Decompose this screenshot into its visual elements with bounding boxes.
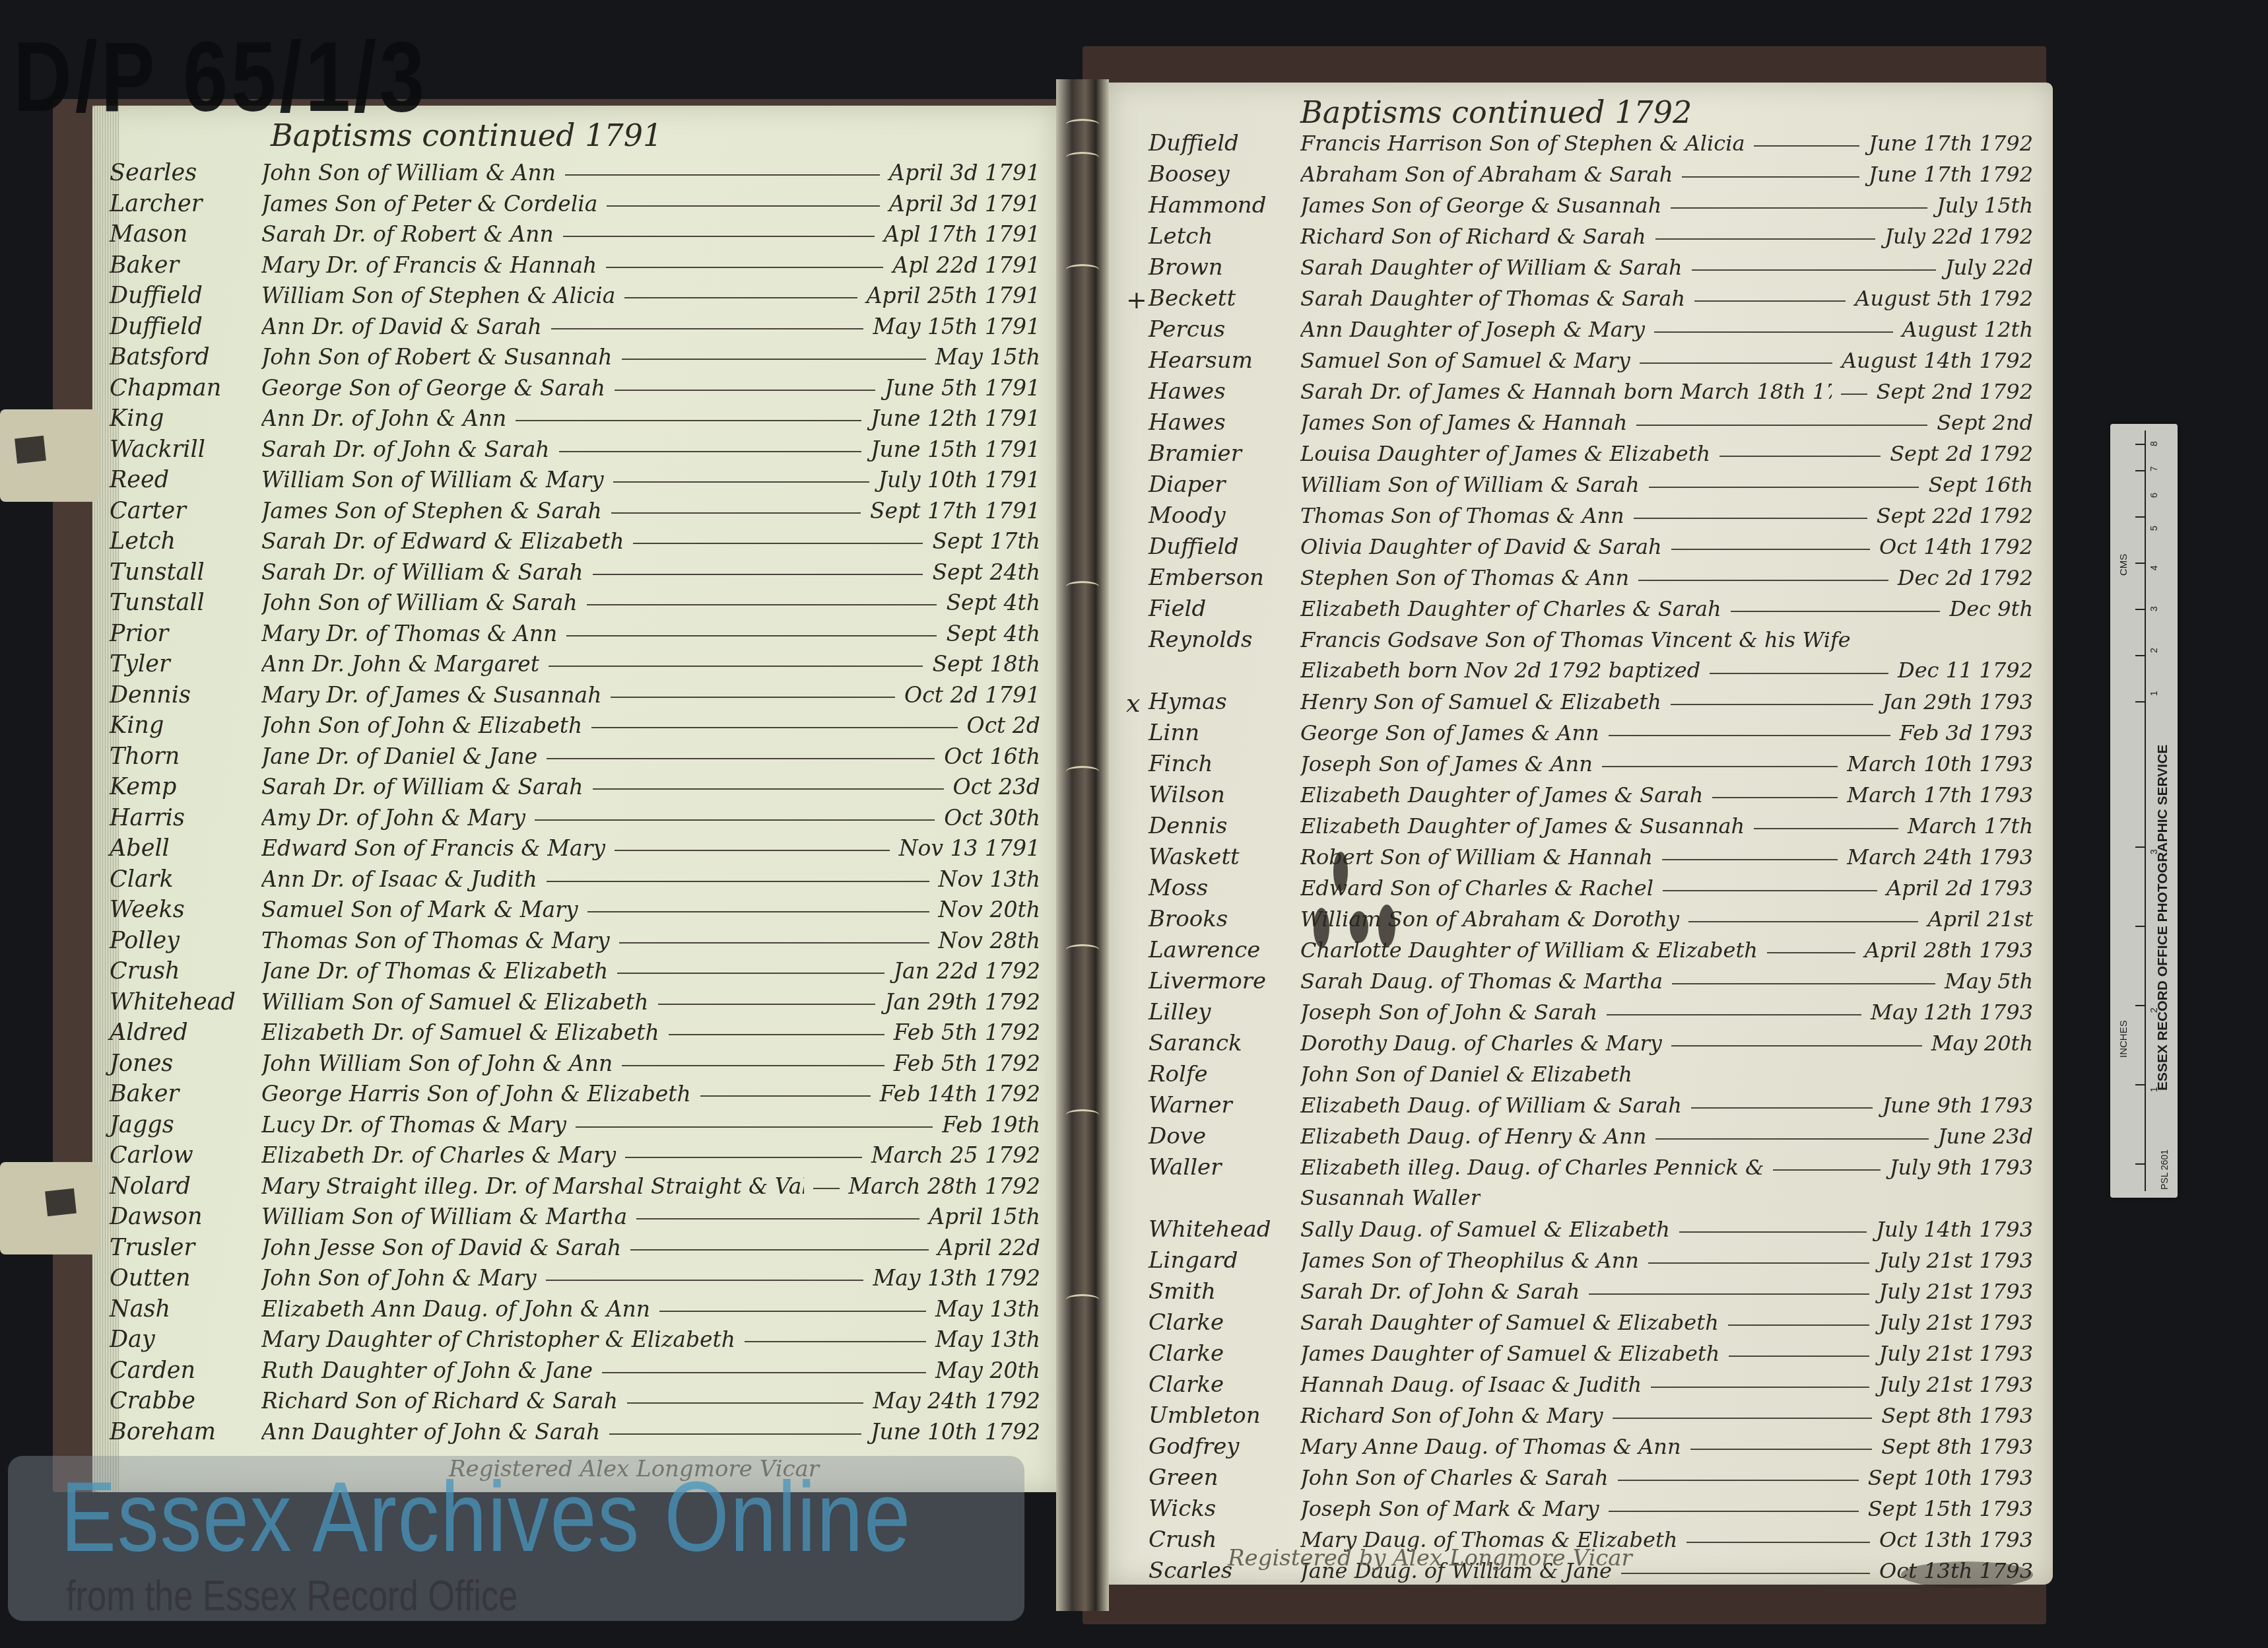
entry-surname: King bbox=[110, 405, 261, 432]
entry-detail: John Son of Robert & Susannah bbox=[261, 344, 613, 370]
left-page-signature: Registered Alex Longmore Vicar bbox=[449, 1456, 819, 1482]
entry-surname: Batsford bbox=[110, 344, 261, 370]
entry-leader-line bbox=[658, 1004, 876, 1005]
entry-date: Sept 2nd bbox=[1937, 410, 2033, 435]
left-page-heading: Baptisms continued 1791 bbox=[271, 118, 662, 153]
entry-date: June 17th 1792 bbox=[1869, 162, 2033, 187]
entry-detail: Mary Anne Daug. of Thomas & Ann bbox=[1300, 1434, 1681, 1459]
entry-detail: Sarah Dr. of John & Sarah bbox=[261, 436, 550, 462]
entry-detail: William Son of William & Mary bbox=[261, 467, 604, 493]
entry-date: Apl 22d 1791 bbox=[892, 252, 1040, 278]
entry-surname: Moss bbox=[1149, 875, 1300, 901]
entry-detail: Richard Son of Richard & Sarah bbox=[1300, 224, 1646, 249]
entry-surname: Thorn bbox=[110, 743, 261, 770]
entry-surname: Weeks bbox=[110, 897, 261, 923]
ink-smudge bbox=[1901, 1562, 2033, 1588]
register-entry: KempSarah Dr. of William & SarahOct 23d bbox=[110, 774, 1040, 805]
entry-leader-line bbox=[1636, 425, 1927, 426]
entry-leader-line bbox=[613, 481, 869, 483]
entry-detail: James Son of James & Hannah bbox=[1300, 410, 1627, 435]
entry-surname: Dennis bbox=[110, 682, 261, 708]
left-page: Baptisms continued 1791 SearlesJohn Son … bbox=[92, 106, 1056, 1492]
register-entry: WicksJoseph Son of Mark & MarySept 15th … bbox=[1149, 1495, 2033, 1527]
entry-date: Dec 2d 1792 bbox=[1898, 565, 2033, 590]
entry-leader-line bbox=[615, 850, 890, 851]
entry-detail: Samuel Son of Mark & Mary bbox=[261, 897, 578, 922]
entry-leader-line bbox=[1618, 1480, 1859, 1481]
ruler-cm-label: 4 bbox=[2149, 565, 2159, 570]
entry-detail: Ann Dr. of David & Sarah bbox=[261, 314, 542, 339]
entry-leader-line bbox=[587, 911, 929, 912]
entry-leader-line bbox=[1651, 1387, 1869, 1388]
entry-detail: Louisa Daughter of James & Elizabeth bbox=[1300, 441, 1710, 466]
entry-leader-line bbox=[1729, 1356, 1869, 1357]
entry-date: Feb 19th bbox=[942, 1112, 1040, 1138]
entry-surname: Tyler bbox=[110, 651, 261, 677]
entry-date: Sept 22d 1792 bbox=[1877, 503, 2033, 528]
entry-detail: Robert Son of William & Hannah bbox=[1300, 844, 1653, 870]
register-entry: WeeksSamuel Son of Mark & MaryNov 20th bbox=[110, 897, 1040, 928]
entry-date: Oct 16th bbox=[944, 743, 1040, 769]
entry-date: Sept 17th bbox=[932, 528, 1040, 554]
entry-surname: Whitehead bbox=[1149, 1216, 1300, 1243]
entry-detail: Francis Godsave Son of Thomas Vincent & … bbox=[1300, 627, 1851, 652]
entry-date: Sept 2d 1792 bbox=[1890, 441, 2033, 466]
entry-leader-line bbox=[622, 359, 926, 360]
entry-leader-line bbox=[1662, 859, 1838, 860]
ruler-tick bbox=[2135, 516, 2145, 518]
entry-date: April 15th bbox=[929, 1204, 1040, 1229]
right-page-heading: Baptisms continued 1792 bbox=[1300, 94, 1692, 130]
entry-detail: Ann Dr. John & Margaret bbox=[261, 651, 539, 677]
entry-detail: Joseph Son of James & Ann bbox=[1300, 751, 1593, 776]
entry-surname: Waskett bbox=[1149, 844, 1300, 870]
entry-leader-line bbox=[1648, 1262, 1870, 1264]
entry-surname: Brooks bbox=[1149, 906, 1300, 932]
entry-detail: Mary Daughter of Christopher & Elizabeth bbox=[261, 1326, 735, 1352]
entry-date: August 12th bbox=[1902, 317, 2033, 342]
register-entry: Susannah Waller bbox=[1149, 1185, 2033, 1216]
ruler-cm-label: 2 bbox=[2149, 648, 2159, 653]
entry-surname: Livermore bbox=[1149, 968, 1300, 994]
entry-date: Oct 23d bbox=[953, 774, 1040, 800]
register-entry: DennisElizabeth Daughter of James & Susa… bbox=[1149, 813, 2033, 844]
entry-date: Oct 14th 1792 bbox=[1879, 534, 2033, 559]
entry-surname: Tunstall bbox=[110, 590, 261, 616]
entry-date: Oct 13th 1793 bbox=[1879, 1527, 2033, 1552]
entry-date: August 5th 1792 bbox=[1855, 286, 2033, 311]
margin-marker: + bbox=[1126, 285, 1147, 314]
entry-date: July 9th 1793 bbox=[1890, 1155, 2033, 1180]
entry-detail: Sarah Dr. of Edward & Elizabeth bbox=[261, 528, 624, 554]
register-entry: xHymasHenry Son of Samuel & ElizabethJan… bbox=[1149, 689, 2033, 720]
register-entry: AbellEdward Son of Francis & MaryNov 13 … bbox=[110, 835, 1040, 866]
entry-detail: Ann Daughter of John & Sarah bbox=[261, 1419, 600, 1445]
entry-date: July 10th 1791 bbox=[879, 467, 1040, 493]
entry-date: June 10th 1792 bbox=[871, 1419, 1040, 1445]
ruler-scale-line bbox=[2145, 430, 2146, 1191]
entry-surname: Rolfe bbox=[1149, 1061, 1300, 1087]
register-entry: WhiteheadWilliam Son of Samuel & Elizabe… bbox=[110, 989, 1040, 1020]
entry-detail: Mary Dr. of James & Susannah bbox=[261, 682, 601, 708]
entry-detail: Elizabeth Daughter of James & Susannah bbox=[1300, 813, 1745, 839]
entry-surname: Lilley bbox=[1149, 999, 1300, 1025]
entry-surname: Clarke bbox=[1149, 1340, 1300, 1367]
entry-surname: Baker bbox=[110, 1081, 261, 1107]
entry-date: Jan 29th 1793 bbox=[1883, 689, 2033, 714]
entry-date: Feb 14th 1792 bbox=[880, 1081, 1040, 1107]
entry-detail: Mary Dr. of Francis & Hannah bbox=[261, 252, 597, 278]
register-entry: FinchJoseph Son of James & AnnMarch 10th… bbox=[1149, 751, 2033, 782]
entry-date: April 28th 1793 bbox=[1865, 938, 2033, 963]
register-entry: BakerMary Dr. of Francis & HannahApl 22d… bbox=[110, 252, 1040, 283]
entry-date: June 5th 1791 bbox=[884, 375, 1040, 401]
entry-surname: Saranck bbox=[1149, 1030, 1300, 1056]
register-entry: ThornJane Dr. of Daniel & JaneOct 16th bbox=[110, 743, 1040, 774]
entry-detail: Ann Daughter of Joseph & Mary bbox=[1300, 317, 1645, 342]
entry-surname: Smith bbox=[1149, 1278, 1300, 1305]
entry-leader-line bbox=[659, 1311, 926, 1312]
entry-date: March 17th bbox=[1908, 813, 2033, 839]
entry-leader-line bbox=[1731, 611, 1941, 612]
entry-detail: William Son of Stephen & Alicia bbox=[261, 283, 615, 308]
entry-date: Sept 10th 1793 bbox=[1868, 1465, 2033, 1490]
ink-blot bbox=[1350, 911, 1368, 943]
entry-date: Sept 24th bbox=[932, 559, 1040, 585]
entry-leader-line bbox=[1688, 921, 1919, 922]
ruler-tick bbox=[2135, 609, 2145, 610]
book-clasp-lower bbox=[0, 1162, 99, 1254]
register-entry: BramierLouisa Daughter of James & Elizab… bbox=[1149, 440, 2033, 471]
register-entry: ClarkAnn Dr. of Isaac & JudithNov 13th bbox=[110, 866, 1040, 897]
entry-date: March 28th 1792 bbox=[849, 1173, 1040, 1199]
entry-surname: Carden bbox=[110, 1357, 261, 1384]
register-entry: LetchSarah Dr. of Edward & ElizabethSept… bbox=[110, 528, 1040, 559]
register-entry: SmithSarah Dr. of John & SarahJuly 21st … bbox=[1149, 1278, 2033, 1309]
register-entry: WhiteheadSally Daug. of Samuel & Elizabe… bbox=[1149, 1216, 2033, 1247]
entry-date: April 3d 1791 bbox=[889, 191, 1040, 217]
entry-detail: Sarah Daug. of Thomas & Martha bbox=[1300, 969, 1663, 994]
register-entry: ReynoldsFrancis Godsave Son of Thomas Vi… bbox=[1149, 627, 2033, 658]
entry-surname: Searles bbox=[110, 160, 261, 186]
entry-surname: Polley bbox=[110, 928, 261, 954]
entry-detail: Jane Dr. of Daniel & Jane bbox=[261, 743, 537, 769]
entry-date: May 20th bbox=[935, 1357, 1040, 1383]
register-entry: DawsonWilliam Son of William & MarthaApr… bbox=[110, 1204, 1040, 1235]
entry-surname: Clarke bbox=[1149, 1371, 1300, 1398]
register-entry: GodfreyMary Anne Daug. of Thomas & AnnSe… bbox=[1149, 1433, 2033, 1464]
entry-leader-line bbox=[516, 420, 861, 421]
entry-date: Dec 11 1792 bbox=[1898, 658, 2033, 683]
entry-date: Apl 17th 1791 bbox=[884, 221, 1040, 247]
entry-leader-line bbox=[1649, 487, 1919, 488]
entry-surname: Lingard bbox=[1149, 1247, 1300, 1274]
entry-date: May 12th 1793 bbox=[1871, 1000, 2033, 1025]
entry-surname: Duffield bbox=[1149, 533, 1300, 560]
binding-stitch-icon bbox=[1066, 766, 1099, 777]
left-page-entries: SearlesJohn Son of William & AnnApril 3d… bbox=[110, 160, 1040, 1449]
entry-leader-line bbox=[1841, 394, 1867, 395]
entry-surname: Jones bbox=[110, 1050, 261, 1077]
entry-detail: Thomas Son of Thomas & Ann bbox=[1300, 503, 1624, 528]
entry-date: April 25th 1791 bbox=[867, 283, 1040, 308]
entry-leader-line bbox=[745, 1341, 926, 1342]
ruler-tick bbox=[2135, 444, 2145, 445]
register-entry: MasonSarah Dr. of Robert & AnnApl 17th 1… bbox=[110, 221, 1040, 252]
right-page-signature: Registered by Alex Longmore Vicar bbox=[1228, 1545, 1632, 1571]
entry-date: Sept 2nd 1792 bbox=[1877, 379, 2033, 404]
entry-detail: John Jesse Son of David & Sarah bbox=[261, 1235, 621, 1260]
entry-leader-line bbox=[813, 1188, 840, 1189]
entry-surname: Nash bbox=[110, 1296, 261, 1322]
entry-leader-line bbox=[1682, 176, 1859, 178]
entry-date: Nov 28th bbox=[939, 928, 1040, 953]
entry-detail: Sally Daug. of Samuel & Elizabeth bbox=[1300, 1217, 1670, 1242]
entry-detail: Elizabeth Daug. of William & Sarah bbox=[1300, 1093, 1682, 1118]
entry-leader-line bbox=[1767, 952, 1855, 953]
entry-date: July 14th 1793 bbox=[1876, 1217, 2033, 1242]
entry-leader-line bbox=[622, 1065, 884, 1066]
entry-surname: Hammond bbox=[1149, 192, 1300, 219]
entry-detail: Joseph Son of John & Sarah bbox=[1300, 1000, 1597, 1025]
entry-date: May 13th bbox=[935, 1326, 1040, 1352]
entry-detail: Sarah Dr. of Robert & Ann bbox=[261, 221, 554, 247]
entry-surname: Hawes bbox=[1149, 409, 1300, 436]
ruler-tick bbox=[2135, 926, 2145, 927]
register-entry: ChapmanGeorge Son of George & SarahJune … bbox=[110, 375, 1040, 406]
entry-detail: Elizabeth Daug. of Henry & Ann bbox=[1300, 1124, 1646, 1149]
entry-leader-line bbox=[1613, 1418, 1873, 1419]
margin-marker: x bbox=[1126, 689, 1140, 718]
entry-date: Feb 5th 1792 bbox=[894, 1019, 1040, 1045]
entry-surname: Clarke bbox=[1149, 1309, 1300, 1336]
entry-surname: Waller bbox=[1149, 1154, 1300, 1181]
entry-leader-line bbox=[625, 1157, 862, 1158]
entry-detail: Elizabeth Dr. of Charles & Mary bbox=[261, 1142, 616, 1168]
entry-detail: Olivia Daughter of David & Sarah bbox=[1300, 534, 1662, 559]
entry-leader-line bbox=[1694, 300, 1846, 302]
entry-date: March 17th 1793 bbox=[1847, 782, 2033, 807]
entry-date: Sept 17th 1791 bbox=[870, 498, 1040, 524]
entry-leader-line bbox=[611, 512, 861, 514]
entry-leader-line bbox=[602, 1372, 926, 1373]
entry-leader-line bbox=[1754, 145, 1859, 147]
entry-date: Nov 20th bbox=[939, 897, 1040, 922]
register-entry: TunstallSarah Dr. of William & SarahSept… bbox=[110, 559, 1040, 590]
entry-surname: Clark bbox=[110, 866, 261, 893]
entry-surname: Reed bbox=[110, 467, 261, 493]
entry-date: Nov 13th bbox=[939, 866, 1040, 892]
register-entry: BrownSarah Daughter of William & SarahJu… bbox=[1149, 254, 2033, 285]
entry-detail: John Son of William & Sarah bbox=[261, 590, 578, 615]
entry-leader-line bbox=[593, 574, 923, 575]
ruler-cm-label: 7 bbox=[2149, 466, 2159, 471]
register-entry: KingAnn Dr. of John & AnnJune 12th 1791 bbox=[110, 405, 1040, 436]
ruler-cm-label: 3 bbox=[2149, 606, 2159, 611]
register-entry: PolleyThomas Son of Thomas & MaryNov 28t… bbox=[110, 928, 1040, 959]
entry-detail: Francis Harrison Son of Stephen & Alicia bbox=[1300, 131, 1745, 156]
entry-date: May 20th bbox=[1931, 1031, 2033, 1056]
entry-surname: Duffield bbox=[110, 314, 261, 340]
register-entry: TruslerJohn Jesse Son of David & SarahAp… bbox=[110, 1235, 1040, 1266]
entry-date: July 15th bbox=[1937, 193, 2033, 218]
entry-surname: Finch bbox=[1149, 751, 1300, 777]
entry-leader-line bbox=[669, 1034, 884, 1035]
entry-date: July 22d bbox=[1945, 255, 2033, 280]
entry-detail: William Son of Samuel & Elizabeth bbox=[261, 989, 649, 1015]
scale-ruler: 1 2 3 1 2 3 4 5 6 7 8 INCHES CMS ESSEX R… bbox=[2110, 424, 2178, 1198]
entry-date: Oct 2d 1791 bbox=[904, 682, 1040, 708]
entry-date: July 21st 1793 bbox=[1879, 1341, 2033, 1366]
entry-leader-line bbox=[1663, 890, 1877, 891]
entry-surname: Hearsum bbox=[1149, 347, 1300, 374]
entry-surname: Dennis bbox=[1149, 813, 1300, 839]
entry-leader-line bbox=[1607, 1014, 1861, 1015]
ruler-inches-label: INCHES bbox=[2118, 1020, 2129, 1058]
register-entry: PriorMary Dr. of Thomas & AnnSept 4th bbox=[110, 621, 1040, 652]
entry-date: July 21st 1793 bbox=[1879, 1279, 2033, 1304]
entry-date: May 24th 1792 bbox=[873, 1388, 1040, 1414]
register-entry: LinnGeorge Son of James & AnnFeb 3d 1793 bbox=[1149, 720, 2033, 751]
entry-detail: Edward Son of Charles & Rachel bbox=[1300, 875, 1653, 901]
entry-surname: Kemp bbox=[110, 774, 261, 800]
entry-date: May 13th 1792 bbox=[873, 1265, 1040, 1291]
register-entry: CarlowElizabeth Dr. of Charles & MaryMar… bbox=[110, 1142, 1040, 1173]
entry-surname: Linn bbox=[1149, 720, 1300, 746]
entry-detail: John Son of Charles & Sarah bbox=[1300, 1465, 1609, 1490]
entry-detail: Elizabeth illeg. Daug. of Charles Pennic… bbox=[1300, 1155, 1764, 1180]
register-entry: DennisMary Dr. of James & SusannahOct 2d… bbox=[110, 682, 1040, 713]
register-entry: BooseyAbraham Son of Abraham & SarahJune… bbox=[1149, 161, 2033, 192]
entry-detail: Dorothy Daug. of Charles & Mary bbox=[1300, 1031, 1662, 1056]
register-entry: MoodyThomas Son of Thomas & AnnSept 22d … bbox=[1149, 502, 2033, 533]
entry-date: June 9th 1793 bbox=[1882, 1093, 2033, 1118]
entry-leader-line bbox=[633, 543, 923, 544]
entry-detail: Sarah Dr. of William & Sarah bbox=[261, 559, 584, 585]
entry-surname: Brown bbox=[1149, 254, 1300, 281]
register-entry: WaskettRobert Son of William & HannahMar… bbox=[1149, 844, 2033, 875]
entry-leader-line bbox=[593, 788, 944, 790]
entry-surname: Percus bbox=[1149, 316, 1300, 343]
entry-date: Oct 30th bbox=[944, 805, 1040, 831]
entry-date: June 12th 1791 bbox=[871, 405, 1040, 431]
register-entry: DuffieldWilliam Son of Stephen & AliciaA… bbox=[110, 283, 1040, 314]
entry-surname: Jaggs bbox=[110, 1112, 261, 1138]
ruler-tick bbox=[2135, 655, 2145, 656]
entry-detail: Elizabeth Daughter of James & Sarah bbox=[1300, 782, 1703, 807]
ruler-cm-label: 1 bbox=[2149, 691, 2159, 696]
binding-stitch-icon bbox=[1066, 119, 1099, 130]
register-entry: DuffieldOlivia Daughter of David & Sarah… bbox=[1149, 533, 2033, 565]
entry-leader-line bbox=[1654, 331, 1892, 333]
register-entry: WarnerElizabeth Daug. of William & Sarah… bbox=[1149, 1092, 2033, 1123]
register-entry: BorehamAnn Daughter of John & SarahJune … bbox=[110, 1419, 1040, 1450]
entry-leader-line bbox=[630, 1249, 928, 1251]
entry-surname: Day bbox=[110, 1326, 261, 1353]
ruler-tick bbox=[2135, 470, 2145, 471]
entry-leader-line bbox=[1728, 1324, 1870, 1326]
entry-date: May 15th 1791 bbox=[873, 314, 1040, 339]
ruler-cm-label: 6 bbox=[2149, 493, 2159, 498]
entry-detail: Elizabeth Dr. of Samuel & Elizabeth bbox=[261, 1019, 659, 1045]
register-entry: PercusAnn Daughter of Joseph & MaryAugus… bbox=[1149, 316, 2033, 347]
entry-leader-line bbox=[619, 942, 929, 944]
entry-detail: Richard Son of John & Mary bbox=[1300, 1403, 1603, 1428]
ruler-service-label: ESSEX RECORD OFFICE PHOTOGRAPHIC SERVICE bbox=[2155, 745, 2171, 1091]
entry-detail: James Son of Theophilus & Ann bbox=[1300, 1248, 1639, 1273]
entry-leader-line bbox=[1710, 673, 1888, 674]
entry-leader-line bbox=[563, 236, 875, 237]
entry-surname: Mason bbox=[110, 221, 261, 248]
register-entry: HarrisAmy Dr. of John & MaryOct 30th bbox=[110, 805, 1040, 836]
entry-leader-line bbox=[1773, 1169, 1880, 1171]
entry-leader-line bbox=[607, 205, 880, 207]
entry-detail: William Son of William & Martha bbox=[261, 1204, 627, 1229]
entry-detail: Ann Dr. of Isaac & Judith bbox=[261, 866, 537, 892]
register-entry: HammondJames Son of George & SusannahJul… bbox=[1149, 192, 2033, 223]
entry-detail: John Son of Daniel & Elizabeth bbox=[1300, 1062, 1632, 1087]
entry-leader-line bbox=[1712, 797, 1838, 798]
entry-surname: Carter bbox=[110, 498, 261, 524]
binding-stitch-icon bbox=[1066, 152, 1099, 163]
entry-surname: Umbleton bbox=[1149, 1402, 1300, 1429]
register-entry: ClarkeHannah Daug. of Isaac & JudithJuly… bbox=[1149, 1371, 2033, 1402]
entry-leader-line bbox=[1621, 1573, 1870, 1574]
ink-blot bbox=[1314, 908, 1329, 947]
entry-surname: Field bbox=[1149, 596, 1300, 622]
entry-leader-line bbox=[1671, 1045, 1922, 1047]
entry-detail: Ruth Daughter of John & Jane bbox=[261, 1357, 593, 1383]
entry-detail: James Son of Peter & Cordelia bbox=[261, 191, 597, 217]
entry-surname: Warner bbox=[1149, 1092, 1300, 1118]
binding-stitch-icon bbox=[1066, 581, 1099, 592]
entry-detail: Abraham Son of Abraham & Sarah bbox=[1300, 162, 1673, 187]
register-entry: BatsfordJohn Son of Robert & SusannahMay… bbox=[110, 344, 1040, 375]
entry-leader-line bbox=[587, 604, 937, 605]
binding-stitch-icon bbox=[1066, 944, 1099, 955]
binding-stitch-icon bbox=[1066, 264, 1099, 275]
entry-detail: Mary Straight illeg. Dr. of Marshal Stra… bbox=[261, 1173, 804, 1199]
entry-detail: Susannah Waller bbox=[1300, 1185, 1481, 1210]
entry-leader-line bbox=[1691, 1107, 1873, 1109]
entry-detail: Edward Son of Francis & Mary bbox=[261, 835, 605, 861]
entry-detail: George Son of James & Ann bbox=[1300, 720, 1599, 745]
ruler-cm-label: 8 bbox=[2149, 441, 2159, 446]
entry-surname: Letch bbox=[110, 528, 261, 555]
entry-leader-line bbox=[1634, 518, 1867, 519]
entry-date: March 24th 1793 bbox=[1847, 844, 2033, 870]
entry-surname: Duffield bbox=[110, 283, 261, 309]
entry-surname: Emberson bbox=[1149, 565, 1300, 591]
entry-leader-line bbox=[615, 390, 875, 391]
entry-detail: Sarah Dr. of William & Sarah bbox=[261, 774, 584, 800]
register-entry: Elizabeth born Nov 2d 1792 baptizedDec 1… bbox=[1149, 658, 2033, 689]
entry-surname: Diaper bbox=[1149, 471, 1300, 498]
entry-surname: Crush bbox=[110, 958, 261, 984]
clasp-plate-icon bbox=[45, 1188, 77, 1216]
right-page: Baptisms continued 1792 DuffieldFrancis … bbox=[1109, 83, 2053, 1585]
right-page-entries: DuffieldFrancis Harrison Son of Stephen … bbox=[1149, 130, 2033, 1589]
entry-leader-line bbox=[535, 819, 935, 821]
entry-surname: Larcher bbox=[110, 191, 261, 217]
register-entry: HawesSarah Dr. of James & Hannah born Ma… bbox=[1149, 378, 2033, 409]
entry-detail: Sarah Daughter of Thomas & Sarah bbox=[1300, 286, 1685, 311]
entry-leader-line bbox=[1671, 207, 1927, 209]
ink-blot bbox=[1378, 905, 1395, 947]
register-entry: RolfeJohn Son of Daniel & Elizabeth bbox=[1149, 1061, 2033, 1092]
entry-date: June 23d bbox=[1938, 1124, 2033, 1149]
entry-detail: James Daughter of Samuel & Elizabeth bbox=[1300, 1341, 1719, 1366]
